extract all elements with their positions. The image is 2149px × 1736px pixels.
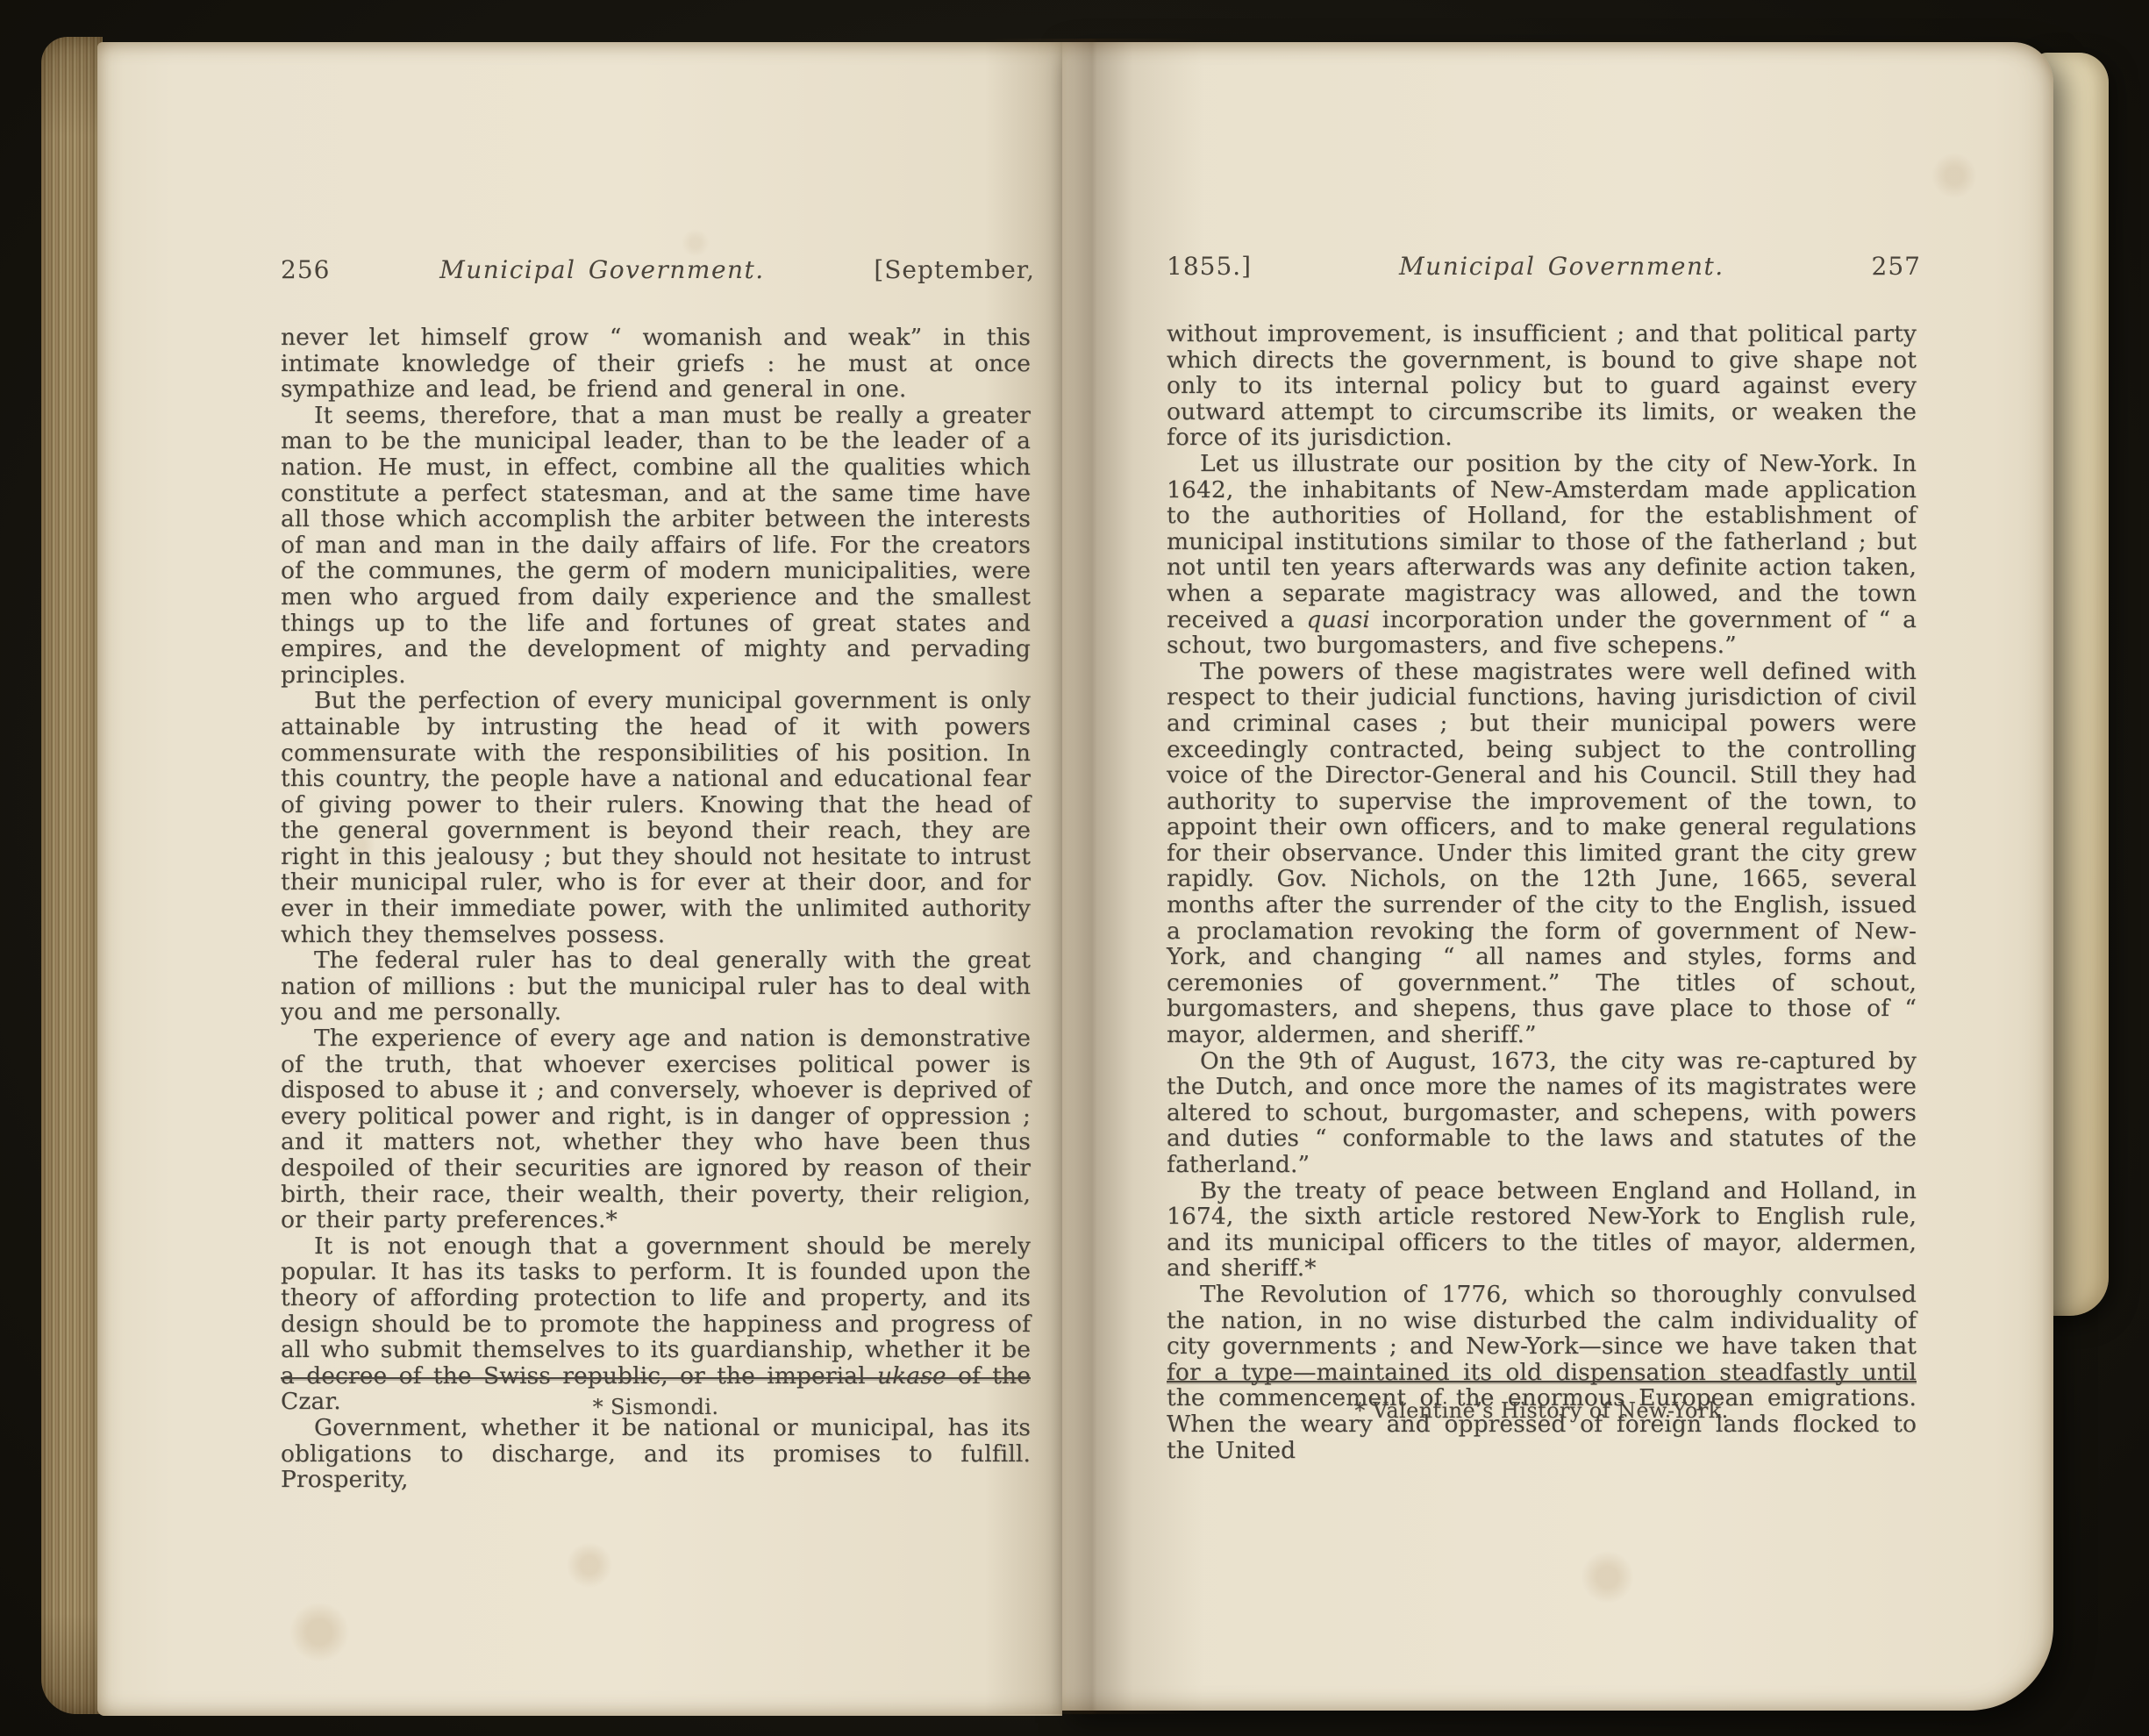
- running-title-left: Municipal Government.: [439, 255, 765, 284]
- footnote-rule-left: [281, 1377, 1031, 1379]
- footnote-rule-right: [1167, 1381, 1917, 1382]
- paragraph: never let himself grow “ womanish and we…: [281, 325, 1031, 403]
- page-header-left: 256 Municipal Government. [September,: [281, 255, 1035, 284]
- paragraph: But the perfection of every municipal go…: [281, 688, 1031, 947]
- paragraph: Government, whether it be national or mu…: [281, 1415, 1031, 1493]
- paragraph: without improvement, is insufficient ; a…: [1167, 321, 1917, 451]
- footnote-block-right: * Valentine’s History of New-York.: [1167, 1381, 1917, 1423]
- page-right: 1855.] Municipal Government. 257 without…: [1062, 42, 2053, 1711]
- paragraph: On the 9th of August, 1673, the city was…: [1167, 1048, 1917, 1178]
- page-number-left: 256: [281, 255, 330, 284]
- footnote-text-left: * Sismondi.: [281, 1395, 1031, 1419]
- footnote-text-right: * Valentine’s History of New-York.: [1167, 1398, 1917, 1423]
- page-header-right: 1855.] Municipal Government. 257: [1167, 252, 1921, 281]
- footnote-block-left: * Sismondi.: [281, 1377, 1031, 1419]
- paragraph: The experience of every age and nation i…: [281, 1025, 1031, 1233]
- running-title-right: Municipal Government.: [1399, 252, 1724, 281]
- issue-date-right: 1855.]: [1167, 252, 1252, 281]
- issue-date-left: [September,: [874, 255, 1035, 284]
- page-edges-left: [41, 37, 103, 1714]
- paragraph: The federal ruler has to deal generally …: [281, 947, 1031, 1025]
- paragraph: The powers of these magistrates were wel…: [1167, 659, 1917, 1048]
- page-number-right: 257: [1872, 252, 1921, 281]
- paragraph: Let us illustrate our position by the ci…: [1167, 451, 1917, 659]
- page-body-left: never let himself grow “ womanish and we…: [281, 325, 1031, 1493]
- open-book: 256 Municipal Government. [September, ne…: [41, 35, 2109, 1718]
- paragraph: By the treaty of peace between England a…: [1167, 1178, 1917, 1282]
- paragraph: It seems, therefore, that a man must be …: [281, 403, 1031, 689]
- paragraph: The Revolution of 1776, which so thoroug…: [1167, 1282, 1917, 1463]
- page-body-right: without improvement, is insufficient ; a…: [1167, 321, 1917, 1463]
- page-left: 256 Municipal Government. [September, ne…: [97, 42, 1062, 1716]
